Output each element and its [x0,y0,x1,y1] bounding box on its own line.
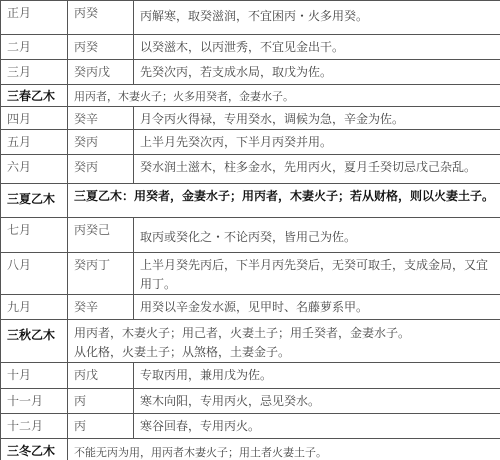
season-summary: 用丙者，木妻火子；用己者，火妻土子；用壬癸者，金妻水子。 从化格，火妻土子；从煞… [68,320,500,363]
gods-cell: 癸辛 [68,107,134,130]
description-cell: 先癸次丙，若支成水局，取戊为佐。 [134,60,500,85]
season-summary: 三夏乙木：用癸者，金妻水子；用丙者，木妻火子；若从财格，则以火妻土子。 [68,184,500,218]
table-row-month-10: 十月 丙戊 专取丙用，兼用戊为佐。 [1,363,500,389]
table-row-month-6: 六月 癸丙 癸水润土滋木，柱多金水，先用丙火，夏月壬癸切忌戊己杂乱。 [1,155,500,184]
yi-wood-monthly-table: 正月 丙癸 丙解寒，取癸滋润，不宜困丙・火多用癸。 二月 丙癸 以癸滋木，以丙泄… [0,0,500,460]
table-row-month-3: 三月 癸丙戊 先癸次丙，若支成水局，取戊为佐。 [1,60,500,85]
season-label: 三春乙木 [1,85,68,107]
description-cell: 丙解寒，取癸滋润，不宜困丙・火多用癸。 [134,1,500,35]
month-cell: 九月 [1,295,68,320]
month-cell: 八月 [1,253,68,295]
description-cell: 寒木向阳，专用丙火，忌见癸水。 [134,389,500,414]
table-row-month-7: 七月 丙癸己 取丙或癸化之・不论丙癸，皆用己为佐。 [1,218,500,253]
description-cell: 上半月先癸次丙，下半月丙癸并用。 [134,130,500,155]
table-row-month-2: 二月 丙癸 以癸滋木，以丙泄秀，不宜见金出干。 [1,35,500,60]
description-cell: 癸水润土滋木，柱多金水，先用丙火，夏月壬癸切忌戊己杂乱。 [134,155,500,184]
month-cell: 正月 [1,1,68,35]
month-cell: 五月 [1,130,68,155]
gods-cell: 癸辛 [68,295,134,320]
description-cell: 以癸滋木，以丙泄秀，不宜见金出干。 [134,35,500,60]
month-cell: 六月 [1,155,68,184]
season-label: 三夏乙木 [1,184,68,218]
month-cell: 十月 [1,363,68,389]
table-row-summary-autumn: 三秋乙木 用丙者，木妻火子；用己者，火妻土子；用壬癸者，金妻水子。 从化格，火妻… [1,320,500,363]
table-row-summary-spring: 三春乙木 用丙者，木妻火子；火多用癸者，金妻水子。 [1,85,500,107]
month-cell: 十二月 [1,414,68,439]
description-cell: 月令丙火得禄，专用癸水，调候为急，辛金为佐。 [134,107,500,130]
table-row-month-8: 八月 癸丙丁 上半月癸先丙后，下半月丙先癸后，无癸可取壬，支成金局，又宜用丁。 [1,253,500,295]
season-label: 三冬乙木 [1,439,68,460]
table-row-month-1: 正月 丙癸 丙解寒，取癸滋润，不宜困丙・火多用癸。 [1,1,500,35]
table-row-summary-winter: 三冬乙木 不能无丙为用，用丙者木妻火子；用土者火妻土子。 [1,439,500,460]
gods-cell: 丙 [68,414,134,439]
gods-cell: 丙癸 [68,35,134,60]
table-row-summary-summer: 三夏乙木 三夏乙木：用癸者，金妻水子；用丙者，木妻火子；若从财格，则以火妻土子。 [1,184,500,218]
month-cell: 二月 [1,35,68,60]
season-summary-line-1: 用丙者，木妻火子；用己者，火妻土子；用壬癸者，金妻水子。 [74,324,494,343]
season-summary: 用丙者，木妻火子；火多用癸者，金妻水子。 [68,85,500,107]
gods-cell: 丙戊 [68,363,134,389]
gods-cell: 丙 [68,389,134,414]
gods-cell: 癸丙丁 [68,253,134,295]
gods-cell: 丙癸 [68,1,134,35]
table-row-month-9: 九月 癸辛 用癸以辛金发水源，见甲时、名藤萝系甲。 [1,295,500,320]
season-label: 三秋乙木 [1,320,68,363]
description-cell: 上半月癸先丙后，下半月丙先癸后，无癸可取壬，支成金局，又宜用丁。 [134,253,500,295]
description-cell: 取丙或癸化之・不论丙癸，皆用己为佐。 [134,218,500,253]
gods-cell: 癸丙 [68,130,134,155]
description-cell: 专取丙用，兼用戊为佐。 [134,363,500,389]
table-row-month-5: 五月 癸丙 上半月先癸次丙，下半月丙癸并用。 [1,130,500,155]
season-summary-line-2: 从化格，火妻土子；从煞格，土妻金子。 [74,343,494,362]
description-cell: 寒谷回春，专用丙火。 [134,414,500,439]
gods-cell: 癸丙 [68,155,134,184]
table-row-month-11: 十一月 丙 寒木向阳，专用丙火，忌见癸水。 [1,389,500,414]
month-cell: 七月 [1,218,68,253]
description-cell: 用癸以辛金发水源，见甲时、名藤萝系甲。 [134,295,500,320]
table-row-month-4: 四月 癸辛 月令丙火得禄，专用癸水，调候为急，辛金为佐。 [1,107,500,130]
gods-cell: 丙癸己 [68,218,134,253]
month-cell: 四月 [1,107,68,130]
gods-cell: 癸丙戊 [68,60,134,85]
month-cell: 十一月 [1,389,68,414]
month-cell: 三月 [1,60,68,85]
season-summary: 不能无丙为用，用丙者木妻火子；用土者火妻土子。 [68,439,500,460]
table-row-month-12: 十二月 丙 寒谷回春，专用丙火。 [1,414,500,439]
